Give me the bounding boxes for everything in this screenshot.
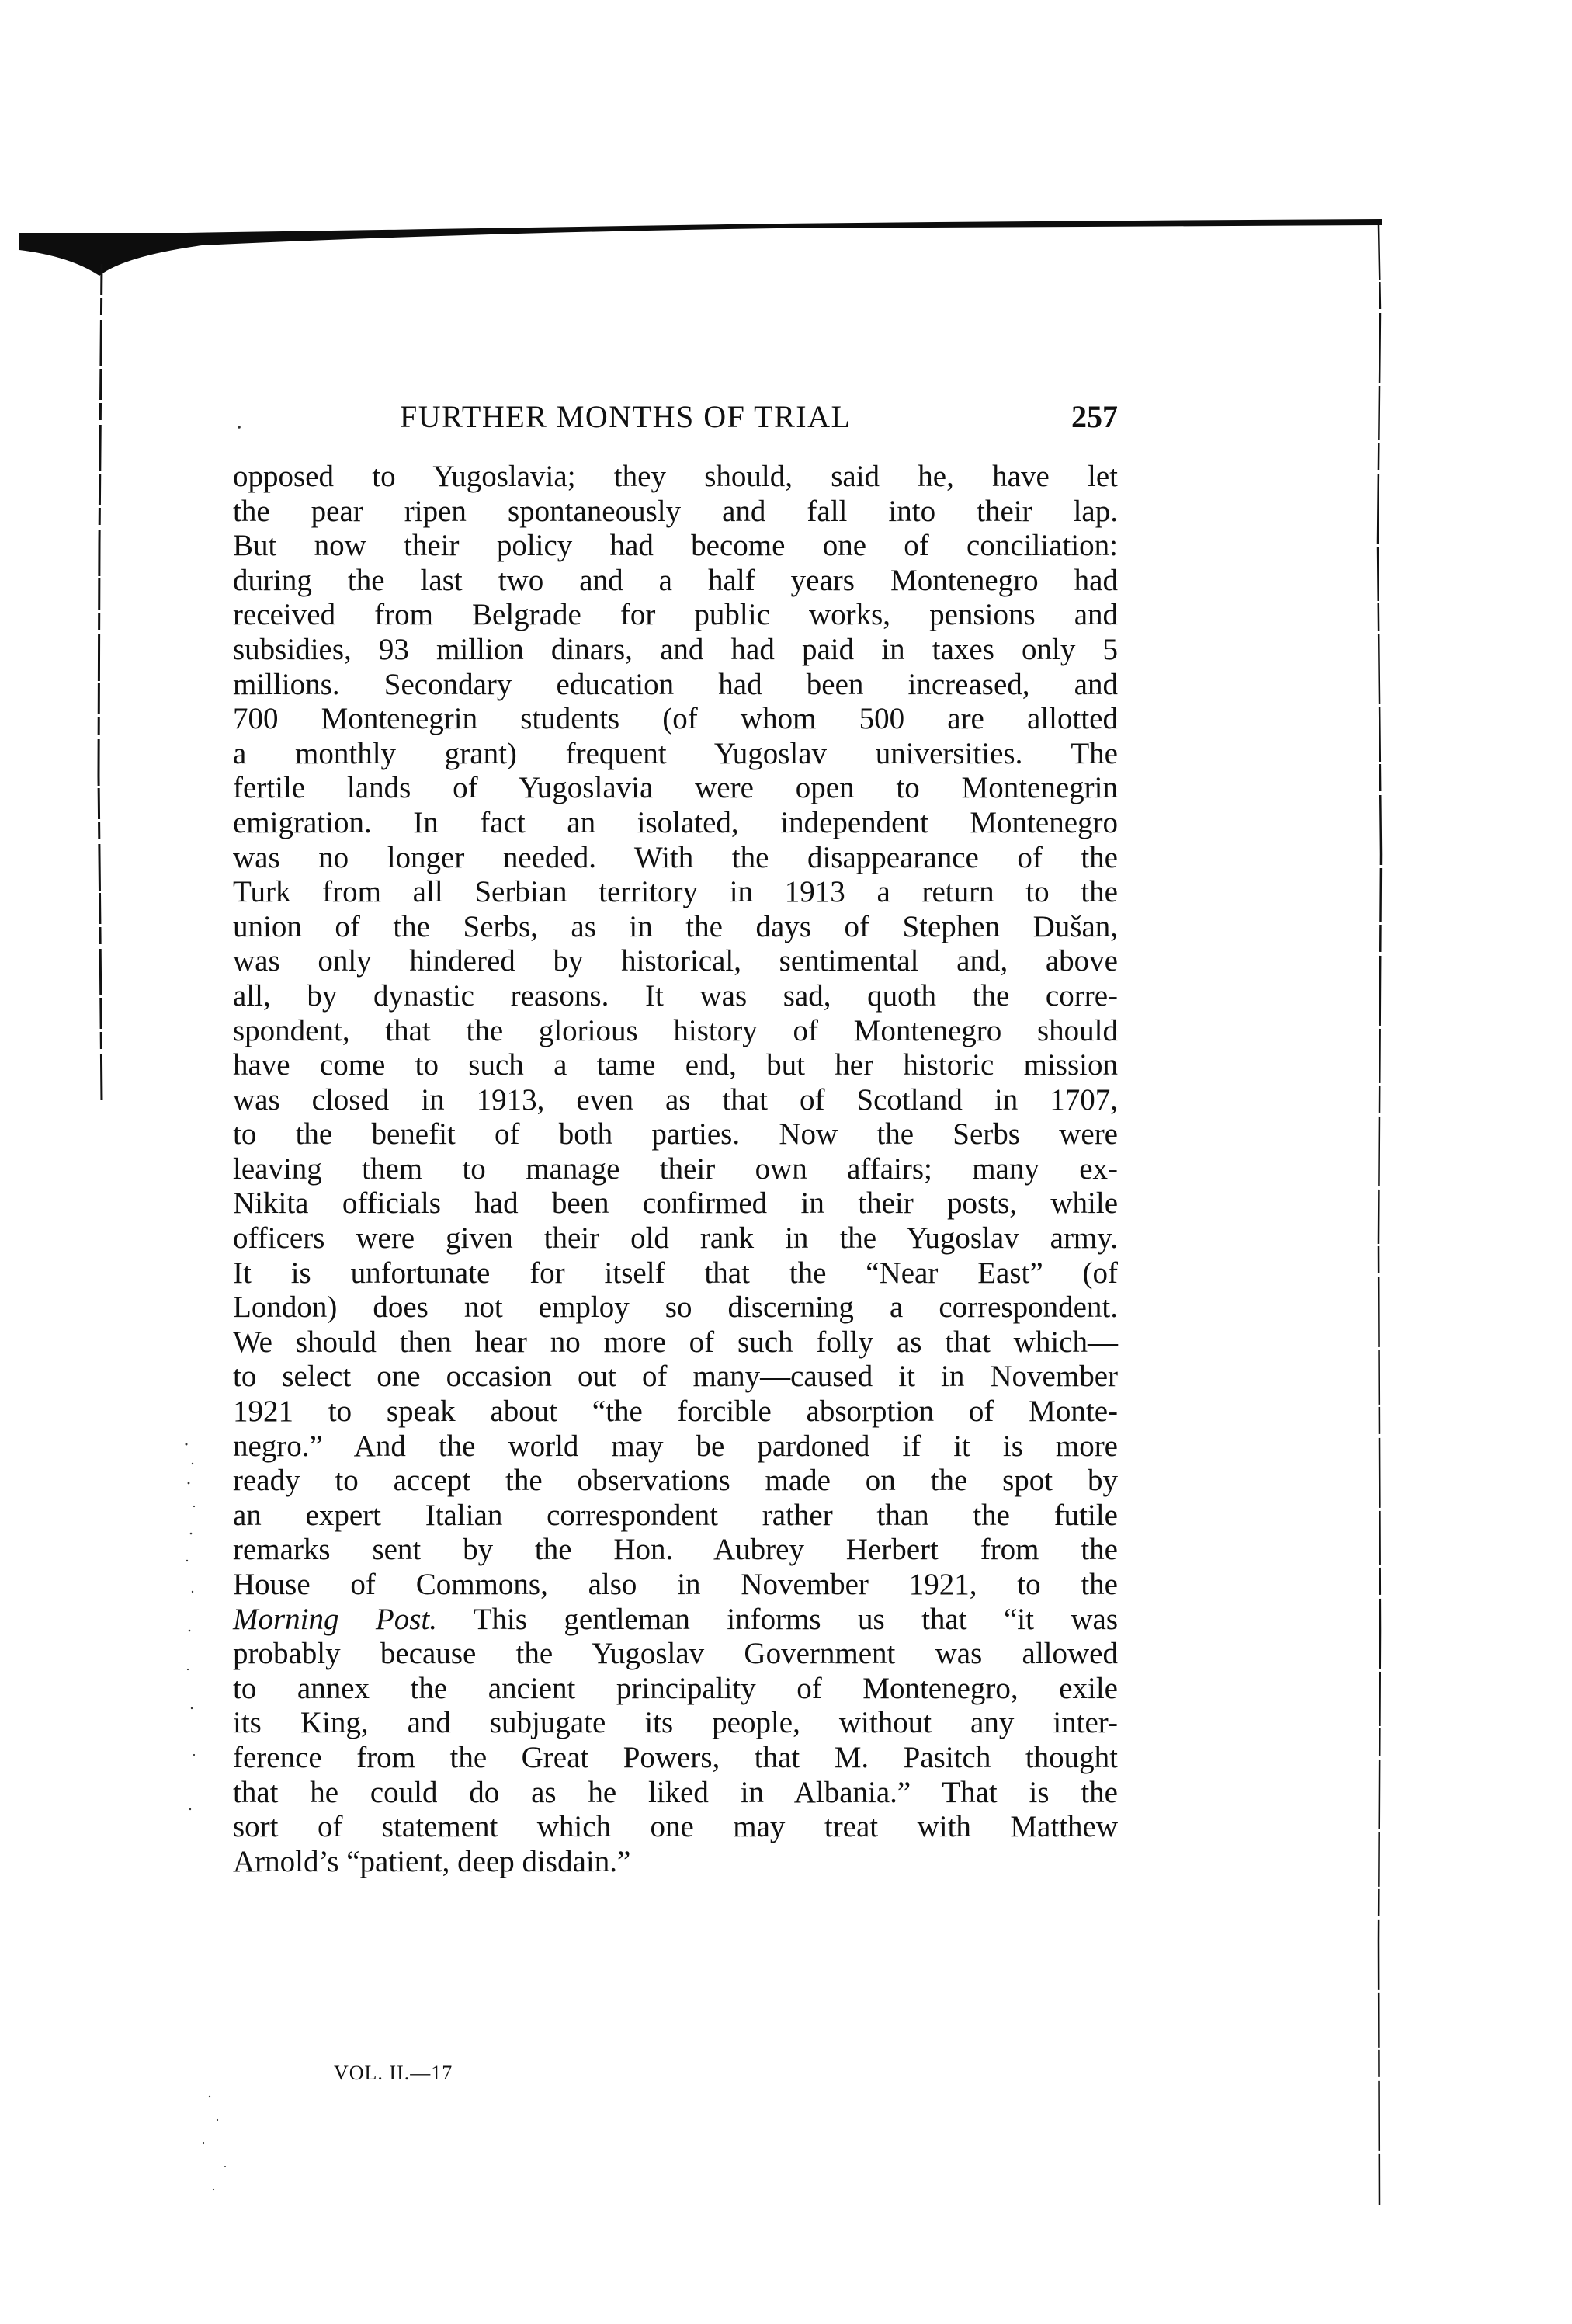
body-text: opposed to Yugoslavia; they should, said… bbox=[233, 460, 1118, 1879]
text-line: Turk from all Serbian territory in 1913 … bbox=[233, 875, 1118, 910]
text-line: subsidies, 93 million dinars, and had pa… bbox=[233, 633, 1118, 668]
running-title: FURTHER MONTHS OF TRIAL bbox=[400, 398, 851, 436]
text-line-rest: This gentleman informs us that “it was bbox=[437, 1603, 1118, 1636]
text-line: We should then hear no more of such foll… bbox=[233, 1325, 1118, 1360]
text-line: ference from the Great Powers, that M. P… bbox=[233, 1741, 1118, 1776]
newspaper-title-italic: Morning Post. bbox=[233, 1603, 437, 1636]
text-line: But now their policy had become one of c… bbox=[233, 529, 1118, 564]
text-line: to annex the ancient principality of Mon… bbox=[233, 1672, 1118, 1707]
text-line: ready to accept the observations made on… bbox=[233, 1464, 1118, 1499]
text-line: negro.” And the world may be pardoned if… bbox=[233, 1429, 1118, 1464]
text-line: It is unfortunate for itself that the “N… bbox=[233, 1256, 1118, 1291]
page-number: 257 bbox=[1071, 398, 1118, 436]
text-line: spondent, that the glorious history of M… bbox=[233, 1014, 1118, 1049]
text-line: union of the Serbs, as in the days of St… bbox=[233, 910, 1118, 945]
text-line: Nikita officials had been confirmed in t… bbox=[233, 1186, 1118, 1221]
text-line: the pear ripen spontaneously and fall in… bbox=[233, 495, 1118, 530]
text-line: was closed in 1913, even as that of Scot… bbox=[233, 1083, 1118, 1118]
text-line: received from Belgrade for public works,… bbox=[233, 598, 1118, 633]
text-line: to the benefit of both parties. Now the … bbox=[233, 1117, 1118, 1152]
text-line: probably because the Yugoslav Government… bbox=[233, 1637, 1118, 1672]
text-line: millions. Secondary education had been i… bbox=[233, 668, 1118, 703]
text-line: leaving them to manage their own affairs… bbox=[233, 1152, 1118, 1187]
text-line: remarks sent by the Hon. Aubrey Herbert … bbox=[233, 1533, 1118, 1568]
text-line-with-italic: Morning Post. This gentleman informs us … bbox=[233, 1603, 1118, 1638]
text-line: emigration. In fact an isolated, indepen… bbox=[233, 806, 1118, 841]
text-line: opposed to Yugoslavia; they should, said… bbox=[233, 460, 1118, 495]
text-line: 700 Montenegrin students (of whom 500 ar… bbox=[233, 702, 1118, 737]
text-line: a monthly grant) frequent Yugoslav unive… bbox=[233, 737, 1118, 772]
text-line: an expert Italian correspondent rather t… bbox=[233, 1499, 1118, 1534]
text-line: all, by dynastic reasons. It was sad, qu… bbox=[233, 979, 1118, 1014]
text-line: fertile lands of Yugoslavia were open to… bbox=[233, 771, 1118, 806]
page-top-edge bbox=[19, 219, 1382, 276]
text-line: officers were given their old rank in th… bbox=[233, 1221, 1118, 1256]
text-line: have come to such a tame end, but her hi… bbox=[233, 1048, 1118, 1083]
text-line: its King, and subjugate its people, with… bbox=[233, 1706, 1118, 1741]
text-line: was no longer needed. With the disappear… bbox=[233, 841, 1118, 876]
running-head: FURTHER MONTHS OF TRIAL 257 bbox=[233, 398, 1118, 436]
text-line: that he could do as he liked in Albania.… bbox=[233, 1776, 1118, 1811]
text-line: London) does not employ so discerning a … bbox=[233, 1291, 1118, 1325]
text-line: during the last two and a half years Mon… bbox=[233, 564, 1118, 599]
text-line: sort of statement which one may treat wi… bbox=[233, 1810, 1118, 1845]
text-line: was only hindered by historical, sentime… bbox=[233, 944, 1118, 979]
text-line-last: Arnold’s “patient, deep disdain.” bbox=[233, 1845, 1118, 1880]
signature-mark: VOL. II.—17 bbox=[334, 2058, 453, 2089]
page-left-edge bbox=[99, 264, 102, 1103]
text-line: to select one occasion out of many—cause… bbox=[233, 1360, 1118, 1395]
page-right-edge bbox=[1378, 225, 1381, 2205]
text-line: 1921 to speak about “the forcible absorp… bbox=[233, 1395, 1118, 1429]
text-line: House of Commons, also in November 1921,… bbox=[233, 1568, 1118, 1603]
